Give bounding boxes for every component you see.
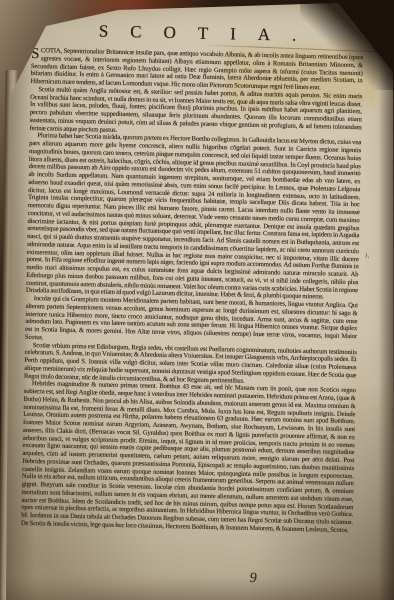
book-page-photo: SCOTIA. SCOTIA, Septentrionalior Britann… (0, 0, 394, 600)
paragraph-text: COTIA, Septentrionalior Britannicæ insul… (30, 47, 363, 91)
page-title: SCOTIA. (31, 20, 363, 47)
paragraph: Plurima habet hæc Scotia mirāda, quorum … (26, 132, 361, 302)
paragraph: Incolæ qui cis Grampium montem Meridiona… (25, 295, 358, 349)
paragraph: Scotia multò quàm Anglia mōtosior est, &… (29, 86, 362, 140)
drop-cap: S (31, 47, 41, 62)
paper-page: SCOTIA. SCOTIA, Septentrionalior Britann… (0, 0, 394, 600)
page-number: 9 (250, 571, 257, 587)
margin-note: 1, (365, 253, 370, 259)
text-column: SCOTIA. SCOTIA, Septentrionalior Britann… (19, 14, 364, 599)
paragraph: Hebrides magnitudine & numero primas ten… (21, 380, 356, 534)
